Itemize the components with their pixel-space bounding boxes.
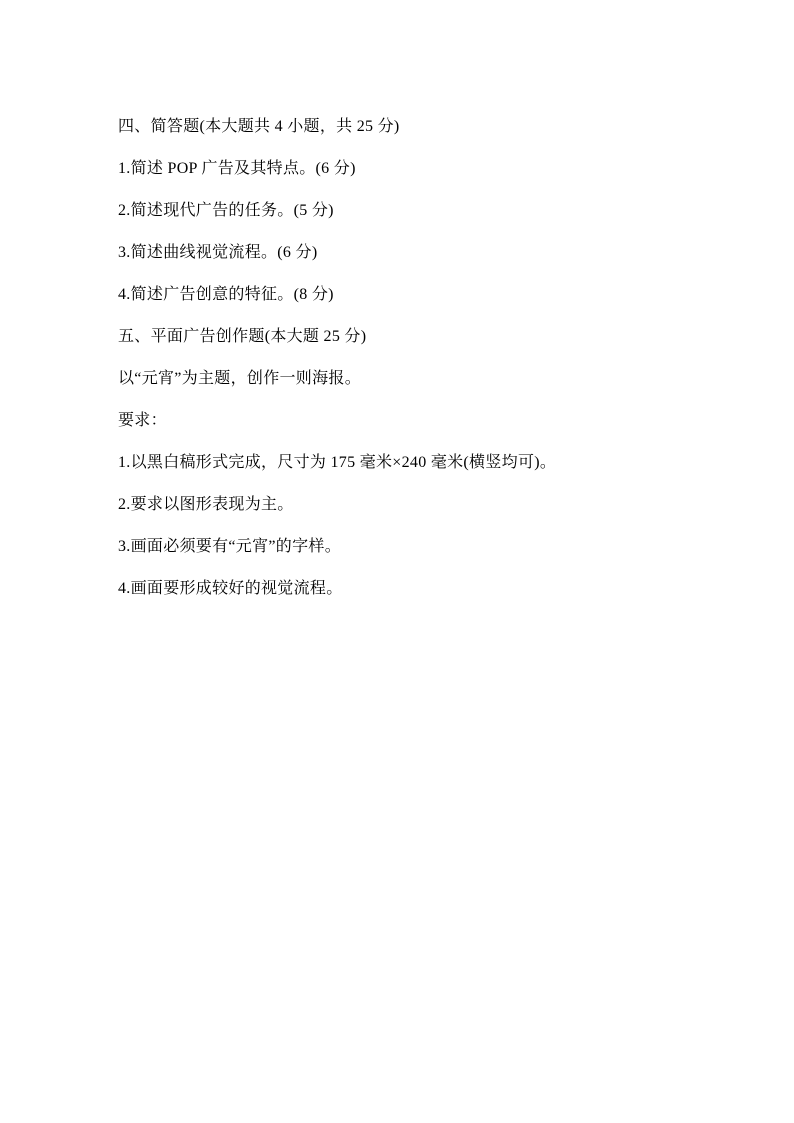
document-content: 四、简答题(本大题共 4 小题，共 25 分) 1.简述 POP 广告及其特点。… — [118, 119, 698, 623]
section5-intro: 以“元宵”为主题，创作一则海报。 — [118, 371, 698, 387]
section4-question-1: 1.简述 POP 广告及其特点。(6 分) — [118, 161, 698, 177]
section4-heading: 四、简答题(本大题共 4 小题，共 25 分) — [118, 119, 698, 135]
section5-requirement-2: 2.要求以图形表现为主。 — [118, 497, 698, 513]
section4-question-2: 2.简述现代广告的任务。(5 分) — [118, 203, 698, 219]
section5-heading: 五、平面广告创作题(本大题 25 分) — [118, 329, 698, 345]
section5-requirement-1: 1.以黑白稿形式完成，尺寸为 175 毫米×240 毫米(横竖均可)。 — [118, 455, 698, 471]
section5-requirements-label: 要求： — [118, 413, 698, 429]
section5-requirement-3: 3.画面必须要有“元宵”的字样。 — [118, 539, 698, 555]
section4-question-3: 3.简述曲线视觉流程。(6 分) — [118, 245, 698, 261]
section5-requirement-4: 4.画面要形成较好的视觉流程。 — [118, 581, 698, 597]
document-page: 四、简答题(本大题共 4 小题，共 25 分) 1.简述 POP 广告及其特点。… — [0, 0, 794, 1123]
section4-question-4: 4.简述广告创意的特征。(8 分) — [118, 287, 698, 303]
